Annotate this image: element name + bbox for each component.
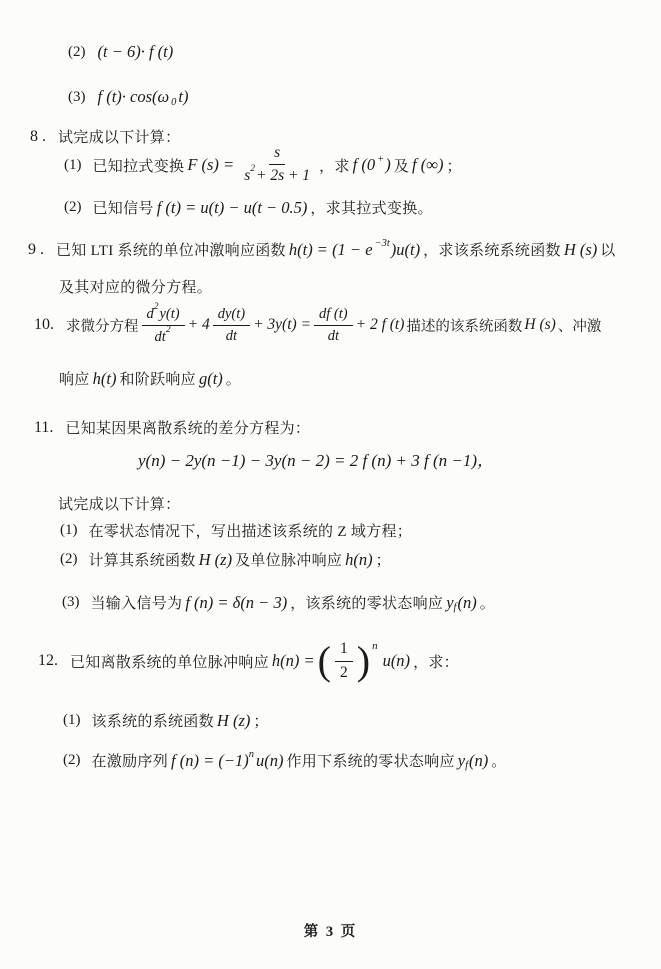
math-run: F (s) = xyxy=(187,155,234,175)
problem-11-subtitle: 试完成以下计算： xyxy=(57,493,181,514)
math-run: + 2s + 1 xyxy=(256,168,310,185)
math-run: h(t) xyxy=(93,369,117,389)
math-run: H (z) xyxy=(217,711,250,731)
math-run: g(t) xyxy=(199,369,223,389)
page-number: 第 3 页 xyxy=(0,920,661,941)
text-run: 已知 LTI 系统的单位冲激响应函数 xyxy=(56,239,286,260)
math-run: ) xyxy=(385,155,391,175)
math-run: u(n) xyxy=(383,651,411,671)
denominator: dt xyxy=(323,326,344,346)
superscript: 2 xyxy=(154,302,159,312)
text-run: 响应 xyxy=(59,368,90,389)
big-paren-right: ) xyxy=(357,644,370,678)
item-label: (2) xyxy=(68,44,86,61)
denominator: dt2 xyxy=(150,326,177,347)
math-run: h(t) = (1 − e xyxy=(289,240,373,260)
math-run: u(n) xyxy=(256,751,284,771)
text-run: 和阶跃响应 xyxy=(119,368,196,389)
numerator: df (t) xyxy=(314,305,353,326)
text-run: ，求其拉式变换。 xyxy=(310,197,432,218)
problem-10-line-2: 响应 h(t) 和阶跃响应 g(t) 。 xyxy=(58,368,242,389)
item-label: (1) xyxy=(63,712,81,729)
text-run: ，求： xyxy=(413,651,459,672)
math-run: dt xyxy=(155,328,166,344)
numerator: 1 xyxy=(335,639,353,661)
fraction: 1 2 xyxy=(335,639,353,682)
math-run: h(n) = xyxy=(272,651,315,671)
item-label: (3) xyxy=(62,594,80,611)
math-run: (n) xyxy=(457,593,476,613)
math-run: f (t)· cos(ω xyxy=(98,87,170,107)
math-run: f (t) = u(t) − u(t − 0.5) xyxy=(157,198,308,218)
superscript: 2 xyxy=(250,164,255,174)
text-run: 试完成以下计算： xyxy=(58,126,180,147)
superscript: 2 xyxy=(166,325,171,335)
text-run: 求微分方程 xyxy=(66,315,139,336)
text-run: ； xyxy=(253,710,268,731)
numerator: s xyxy=(269,143,285,165)
text-run: 及其对应的微分方程。 xyxy=(59,276,212,297)
superscript: + xyxy=(377,154,384,165)
text-run: 已知离散系统的单位脉冲响应 xyxy=(70,651,269,672)
problem-8-item-1: (1) 已知拉式变换 F (s) = s s2+ 2s + 1 ，求 f (0 … xyxy=(64,145,463,185)
math-run: )u(t) xyxy=(391,240,420,260)
math-run: (n) xyxy=(469,751,488,771)
fraction: s s2+ 2s + 1 xyxy=(239,143,315,186)
math-run: 1 xyxy=(340,640,348,657)
math-run: f (0 xyxy=(353,155,375,175)
problem-number: 8 . xyxy=(30,128,46,146)
problem-7-item-2: (2) (t − 6)· f (t) xyxy=(68,42,175,62)
problem-10-line-1: 10. 求微分方程 d2y(t) dt2 + 4 dy(t) dt + 3y(t… xyxy=(34,303,602,347)
text-run: 。 xyxy=(480,592,495,613)
text-run: 已知拉式变换 xyxy=(93,155,185,176)
text-run: 作用下系统的零状态响应 xyxy=(286,750,454,771)
text-run: ； xyxy=(447,155,462,176)
item-label: (2) xyxy=(64,199,82,216)
problem-7-item-3: (3) f (t)· cos(ω 0 t) xyxy=(68,87,191,107)
math-run: H (s) xyxy=(564,240,597,260)
math-run: dt xyxy=(328,328,339,344)
text-run: 以 xyxy=(600,239,615,260)
text-run: 已知信号 xyxy=(93,197,154,218)
math-run: + 2 f (t) xyxy=(356,316,405,334)
superscript: n xyxy=(372,640,378,652)
fraction: df (t) dt xyxy=(314,305,353,346)
text-run: 试完成以下计算： xyxy=(58,493,180,514)
problem-11-equation: y(n) − 2y(n −1) − 3y(n − 2) = 2 f (n) + … xyxy=(136,446,496,471)
numerator: dy(t) xyxy=(213,305,250,326)
problem-11-item-2: (2) 计算其系统函数 H (z) 及单位脉冲响应 h(n) ； xyxy=(60,549,392,570)
denominator: s2+ 2s + 1 xyxy=(239,165,315,186)
text-run: 及 xyxy=(394,155,409,176)
problem-11-heading: 11. 已知某因果离散系统的差分方程为： xyxy=(34,417,311,438)
subscript: 0 xyxy=(171,97,176,108)
problem-12-item-1: (1) 该系统的系统函数 H (z) ； xyxy=(63,710,270,731)
problem-8-item-2: (2) 已知信号 f (t) = u(t) − u(t − 0.5) ，求其拉式… xyxy=(64,197,434,218)
text-run: 、冲激 xyxy=(558,315,602,336)
problem-number: 11. xyxy=(34,419,53,437)
fraction: dy(t) dt xyxy=(213,305,250,346)
item-label: (2) xyxy=(60,551,78,568)
math-run: f (n) = δ(n − 3) xyxy=(185,593,287,613)
problem-12-item-2: (2) 在激励序列 f (n) = (−1) n u(n) 作用下系统的零状态响… xyxy=(63,750,508,771)
problem-11-item-3: (3) 当输入信号为 f (n) = δ(n − 3) ，该系统的零状态响应 y… xyxy=(62,592,496,613)
math-run: f (n) = (−1) xyxy=(171,751,249,771)
math-run: y(n) − 2y(n −1) − 3y(n − 2) = 2 f (n) + … xyxy=(138,446,494,471)
math-run: s xyxy=(274,144,280,161)
problem-9-line-2: 及其对应的微分方程。 xyxy=(58,276,213,297)
problem-8-heading: 8 . 试完成以下计算： xyxy=(30,126,181,147)
math-run: (t − 6)· f (t) xyxy=(98,42,174,62)
text-run: 。 xyxy=(226,368,241,389)
text-run: ； xyxy=(376,549,391,570)
math-run: + 4 xyxy=(188,316,210,334)
math-run: 2 xyxy=(340,664,348,681)
subscript: f xyxy=(454,602,457,613)
big-paren-left: ( xyxy=(318,644,331,678)
numerator: d2y(t) xyxy=(142,304,185,326)
problem-number: 9 . xyxy=(28,241,44,259)
problem-9-line-1: 9 . 已知 LTI 系统的单位冲激响应函数 h(t) = (1 − e −3t… xyxy=(28,239,617,260)
math-run: t) xyxy=(178,87,188,107)
text-run: ，求 xyxy=(319,155,350,176)
text-run: 在激励序列 xyxy=(92,750,169,771)
problem-number: 12. xyxy=(38,652,58,670)
math-run: dt xyxy=(226,328,237,344)
denominator: 2 xyxy=(335,662,353,683)
item-label: (3) xyxy=(68,89,86,106)
math-run: y xyxy=(458,751,465,771)
fraction: d2y(t) dt2 xyxy=(142,304,185,346)
text-run: 计算其系统函数 xyxy=(89,549,196,570)
denominator: dt xyxy=(221,326,242,346)
math-run: H (s) xyxy=(524,316,555,334)
text-run: 已知某因果离散系统的差分方程为： xyxy=(65,417,310,438)
math-run: df (t) xyxy=(319,306,348,322)
text-run: ，该系统的零状态响应 xyxy=(290,592,443,613)
text-run: ，求该系统系统函数 xyxy=(423,239,561,260)
math-run: y xyxy=(446,593,453,613)
superscript: −3t xyxy=(375,238,390,249)
problem-number: 10. xyxy=(34,316,54,334)
math-run: y(t) xyxy=(160,306,180,322)
text-run: 描述的该系统函数 xyxy=(406,315,522,336)
math-run: H (z) xyxy=(199,550,232,570)
math-run: f (∞) xyxy=(412,155,443,175)
math-run: dy(t) xyxy=(218,306,245,322)
item-label: (1) xyxy=(64,157,82,174)
problem-11-item-1: (1) 在零状态情况下，写出描述该系统的 Z 域方程； xyxy=(60,520,413,541)
item-label: (2) xyxy=(63,752,81,769)
text-run: 当输入信号为 xyxy=(91,592,183,613)
math-run: d xyxy=(147,306,154,322)
superscript: n xyxy=(249,749,254,760)
scanned-exam-page: (2) (t − 6)· f (t) (3) f (t)· cos(ω 0 t)… xyxy=(0,0,661,969)
math-run: h(n) xyxy=(345,550,373,570)
text-run: 该系统的系统函数 xyxy=(92,710,214,731)
item-label: (1) xyxy=(60,522,78,539)
subscript: f xyxy=(465,760,468,771)
math-run: + 3y(t) = xyxy=(253,316,311,334)
text-run: 。 xyxy=(491,750,506,771)
problem-12-heading: 12. 已知离散系统的单位脉冲响应 h(n) = ( 1 2 ) n u(n) … xyxy=(38,638,460,684)
text-run: 及单位脉冲响应 xyxy=(235,549,342,570)
text-run: 在零状态情况下，写出描述该系统的 Z 域方程； xyxy=(89,520,413,541)
